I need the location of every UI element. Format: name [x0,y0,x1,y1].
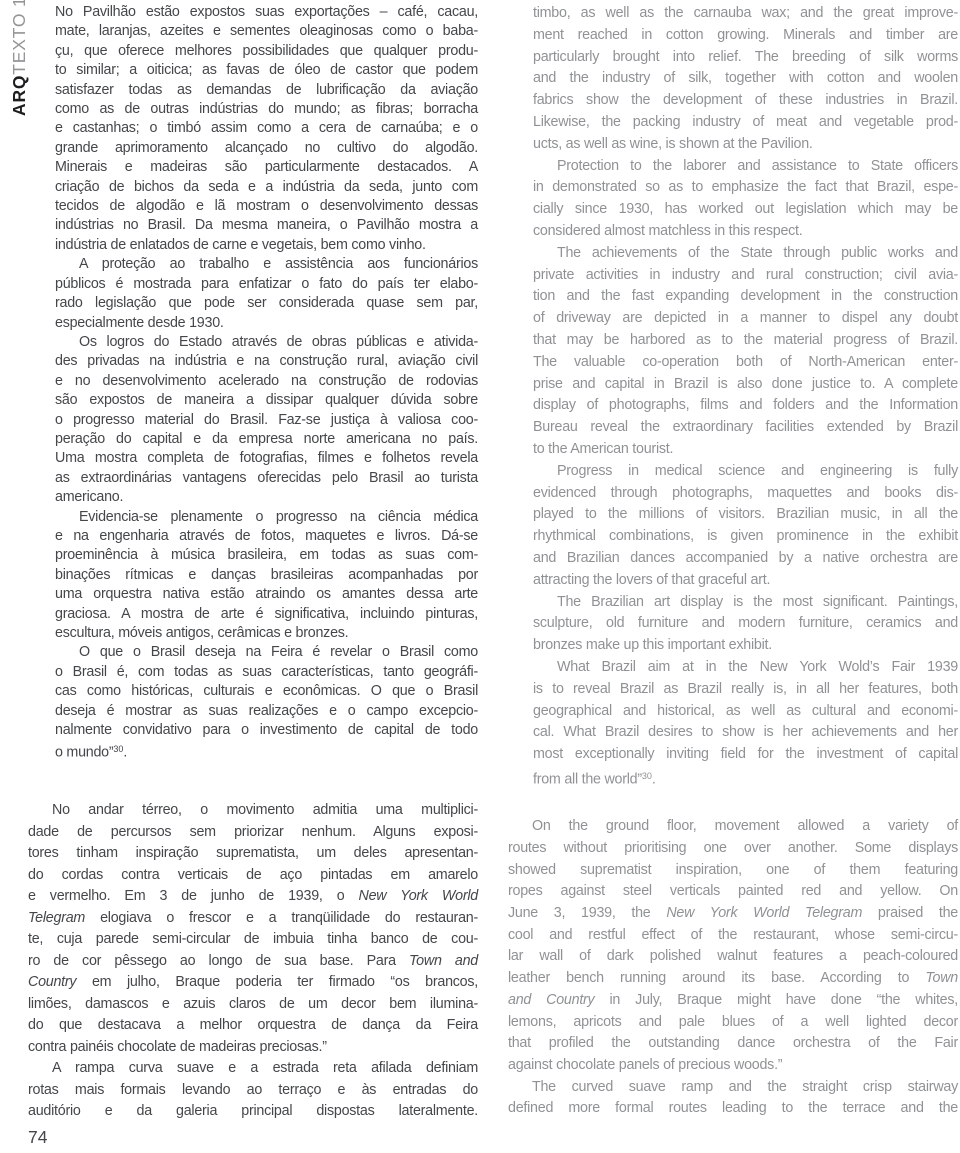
text-line: auditório e da galeria principal dispost… [28,1101,478,1123]
text-line: americano. [55,488,478,507]
text-line: tecidos de algodão e lã mostram o desenv… [55,197,478,216]
text-line: tores tinham inspiração suprematista, um… [28,843,478,865]
text-line: most exceptionally inviting field for th… [533,744,958,766]
text-line: ropes against steel verticals painted re… [508,881,958,903]
text-line: çu, que oferece melhores possibilidades … [55,42,478,61]
text-line: Evidencia-se plenamente o progresso na c… [55,508,478,527]
text-line: tion and the fast expanding development … [533,286,958,308]
text-line: and Brazilian dances accompanied by a na… [533,548,958,570]
text-line: The valuable co-operation both of North-… [533,352,958,374]
text-line: fabrics show the development of these in… [533,90,958,112]
text-line: against chocolate panels of precious woo… [508,1055,958,1077]
text-line: The curved suave ramp and the straight c… [508,1077,958,1099]
text-line: criação de bichos da seda e a indústria … [55,178,478,197]
text-line: lemons, apricots and pale blues of a wel… [508,1012,958,1034]
text-line: display of photographs, films and folder… [533,395,958,417]
text-line: rotas mais formais levando ao terraço e … [28,1080,478,1102]
text-line: especialmente desde 1930. [55,314,478,333]
text-line: No Pavilhão estão expostos suas exportaç… [55,3,478,22]
text-line: são expostos de maneira a dissipar qualq… [55,391,478,410]
text-line: e castanhas; o timbó assim como a cera d… [55,119,478,138]
text-line: O que o Brasil deseja na Feira é revelar… [55,643,478,662]
text-line: limões, damascos e azuis claros de um de… [28,994,478,1016]
text-line: Protection to the laborer and assistance… [533,156,958,178]
text-line: o mundo”30. [55,740,478,763]
text-line: cas como históricas, culturais e econômi… [55,682,478,701]
text-line: to similar; a oiticica; as favas de óleo… [55,61,478,80]
text-line: proeminência à música brasileira, em tod… [55,546,478,565]
text-line: June 3, 1939, the New York World Telegra… [508,903,958,925]
text-line: Os logros do Estado através de obras púb… [55,333,478,352]
text-line: timbo, as well as the carnauba wax; and … [533,3,958,25]
text-line: uma orquestra nativa estão atraindo os a… [55,585,478,604]
page-number: 74 [28,1127,47,1148]
text-line: contra painéis chocolate de madeiras pre… [28,1037,478,1059]
right-body-block: On the ground floor, movement allowed a … [508,816,958,1120]
journal-spine-label: ARQTEXTO 16 [9,0,30,116]
text-line: cal. What Brazil desires to show is her … [533,722,958,744]
text-line: The achievements of the State through pu… [533,243,958,265]
text-line: Country em julho, Braque poderia ter fir… [28,972,478,994]
text-line: rhythmical combinations, is given promin… [533,526,958,548]
text-line: Uma mostra completa de fotografias, film… [55,449,478,468]
text-line: leather bench running around its base. A… [508,968,958,990]
text-line: peração do capital e da empresa norte am… [55,430,478,449]
text-line: attracting the lovers of that graceful a… [533,570,958,592]
text-line: e vermelho. Em 3 de junho de 1939, o New… [28,886,478,908]
text-line: ro de cor pêssego ao longo de sua base. … [28,951,478,973]
text-line: des privadas na indústria e na construçã… [55,352,478,371]
text-line: as extraordinárias vantagens oferecidas … [55,469,478,488]
text-line: What Brazil aim at in the New York Wold’… [533,657,958,679]
text-line: in demonstrated so as to emphasize the f… [533,177,958,199]
text-line: rado legislação que pode ser considerada… [55,294,478,313]
text-line: bronzes make up this important exhibit. [533,635,958,657]
spine-label-texto-16: TEXTO 16 [9,0,29,75]
text-line: Minerais e madeiras são particularmente … [55,158,478,177]
text-line: No andar térreo, o movimento admitia uma… [28,800,478,822]
english-text-column: timbo, as well as the carnauba wax; and … [508,3,958,1120]
text-line: do que destacava a melhor orquestra de d… [28,1015,478,1037]
text-line: private activities in industry and rural… [533,265,958,287]
text-line: deseja é mostrar as suas realizações e o… [55,702,478,721]
text-line: como as de outras indústrias do mundo; a… [55,100,478,119]
text-line: Bureau reveal the extraordinary faciliti… [533,417,958,439]
text-line: escultura, móveis antigos, cerâmicas e b… [55,624,478,643]
text-line: ment reached in cotton growing. Minerals… [533,25,958,47]
text-line: is to reveal Brazil as Brazil really is,… [533,679,958,701]
text-line: considered almost matchless in this resp… [533,221,958,243]
text-line: o Brasil é, com todas as suas caracterís… [55,663,478,682]
right-quote-block: timbo, as well as the carnauba wax; and … [533,3,958,791]
text-line: A proteção ao trabalho e assistência aos… [55,255,478,274]
text-line: te, cuja parede semi-circular de imbuia … [28,929,478,951]
text-line: A rampa curva suave e a estrada reta afi… [28,1058,478,1080]
text-line: cool and restful effect of the restauran… [508,925,958,947]
text-line: e na engenharia através de fotos, maquet… [55,527,478,546]
text-line: and Country in July, Braque might have d… [508,990,958,1012]
text-line: that may be harbored as to the material … [533,330,958,352]
text-line: evidenced through photographs, maquettes… [533,483,958,505]
left-quote-block: No Pavilhão estão expostos suas exportaç… [55,3,478,763]
left-body-block: No andar térreo, o movimento admitia uma… [28,800,478,1123]
text-line: graciosa. A mostra de arte é significati… [55,605,478,624]
text-line: showed suprematist inspiration, one of t… [508,860,958,882]
text-line: grande aprimoramento alcançado no cultiv… [55,139,478,158]
text-line: that profiled the outstanding dance orch… [508,1033,958,1055]
text-line: indústria de enlatados de carne e vegeta… [55,236,478,255]
text-line: públicos é mostrada para enfatizar o fat… [55,275,478,294]
text-line: geographical and historical, as well as … [533,701,958,723]
text-line: particularly brought into relief. The br… [533,47,958,69]
text-line: binações rítmicas e danças brasileiras a… [55,566,478,585]
text-line: lar wall of dark polished walnut feature… [508,946,958,968]
spine-label-arq: ARQ [9,75,29,116]
text-line: played to the millions of visitors. Braz… [533,504,958,526]
text-line: satisfazer todas as demandas de lubrific… [55,81,478,100]
text-line: On the ground floor, movement allowed a … [508,816,958,838]
text-line: of driveway are depicted in a manner to … [533,308,958,330]
text-line: dade de percursos sem priorizar nenhum. … [28,822,478,844]
text-line: mate, laranjas, azeites e sementes oleag… [55,22,478,41]
journal-page: ARQTEXTO 16 No Pavilhão estão expostos s… [0,0,960,1153]
text-line: prise and capital in Brazil is also done… [533,374,958,396]
text-line: nalmente convidativo para o investimento… [55,721,478,740]
text-line: routes without prioritising one over ano… [508,838,958,860]
text-line: o progresso material do Brasil. Faz-se j… [55,411,478,430]
text-line: from all the world”30. [533,766,958,791]
text-line: ucts, as well as wine, is shown at the P… [533,134,958,156]
text-line: indústrias no Brasil. Da mesma maneira, … [55,216,478,235]
text-line: defined more formal routes leading to th… [508,1098,958,1120]
text-line: do cordas contra verticais de aço pintad… [28,865,478,887]
text-line: Progress in medical science and engineer… [533,461,958,483]
portuguese-text-column: No Pavilhão estão expostos suas exportaç… [28,3,478,1123]
text-line: to the American tourist. [533,439,958,461]
text-line: sculpture, old furniture and modern furn… [533,613,958,635]
text-line: cially since 1930, has worked out legisl… [533,199,958,221]
text-line: Likewise, the packing industry of meat a… [533,112,958,134]
text-line: and the industry of silk, together with … [533,68,958,90]
text-line: Telegram elogiava o frescor e a tranqüil… [28,908,478,930]
text-line: e no desenvolvimento acelerado na constr… [55,372,478,391]
text-line: The Brazilian art display is the most si… [533,592,958,614]
